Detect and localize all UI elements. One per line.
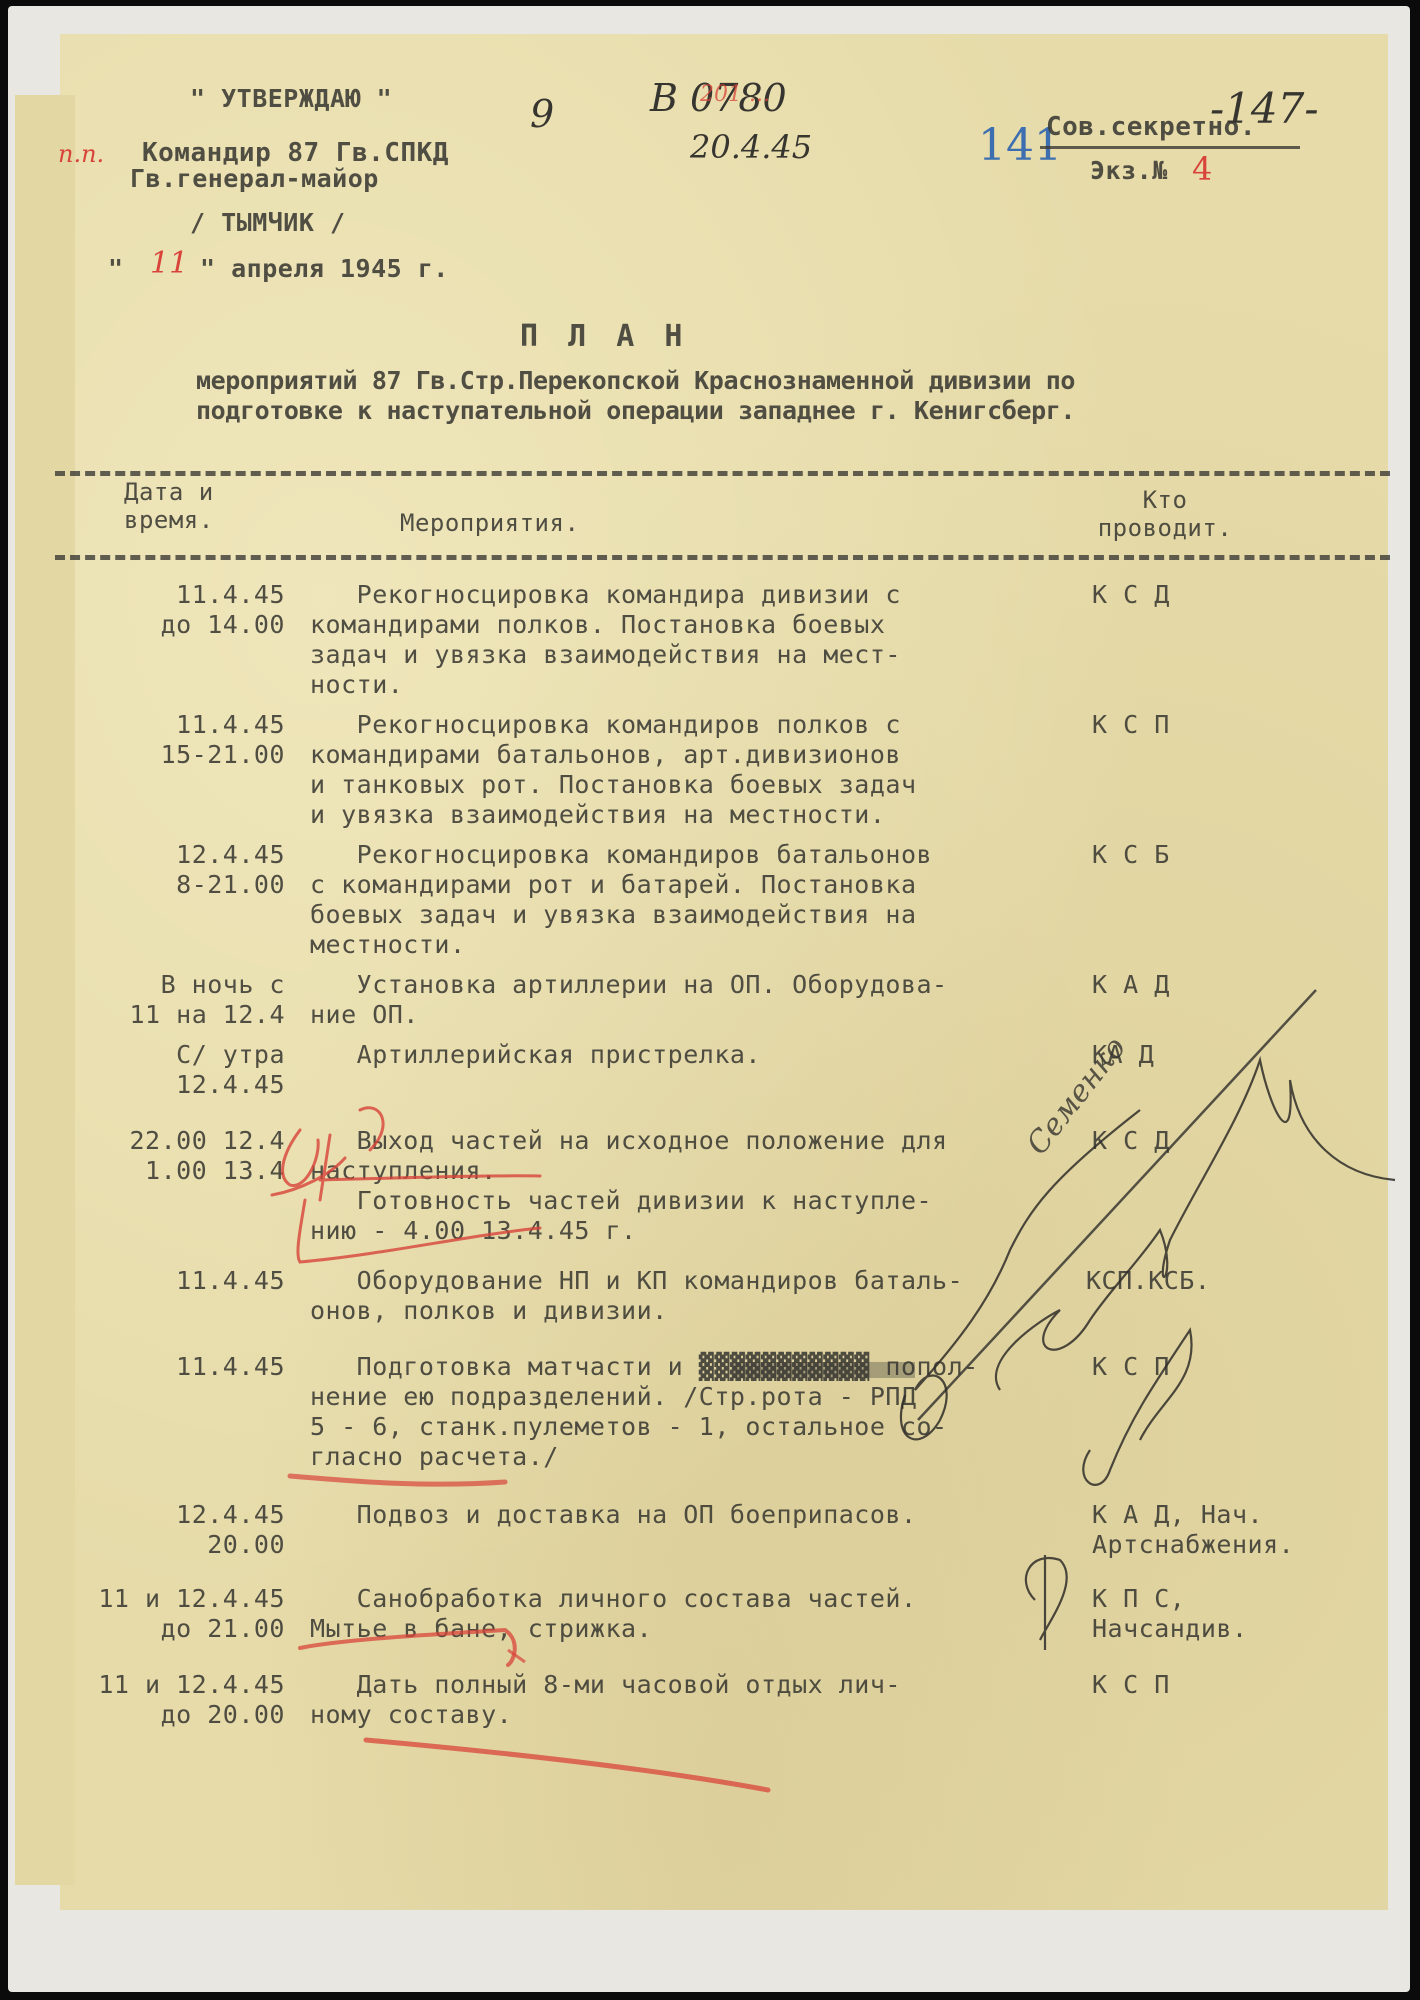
row-responsible: К С Д bbox=[1092, 580, 1352, 610]
header-divider-bottom bbox=[55, 555, 1390, 560]
row-responsible: К А Д, Нач.Артснабжения. bbox=[1092, 1500, 1352, 1560]
header-divider-top bbox=[55, 471, 1390, 476]
row-responsible: К С Д bbox=[1092, 1126, 1352, 1156]
approver-rank: Гв.генерал-майор bbox=[130, 164, 379, 194]
row-responsible: КСП.КСБ. bbox=[1086, 1266, 1346, 1296]
row-action: Артиллерийская пристрелка. bbox=[310, 1040, 1040, 1070]
row-action: Санобработка личного состава частей.Мыть… bbox=[310, 1584, 1040, 1644]
row-date: 11 и 12.4.45до 20.00 bbox=[70, 1670, 285, 1730]
column-date-header: Дата ивремя. bbox=[124, 478, 214, 534]
row-responsible: К С П bbox=[1092, 1670, 1352, 1700]
row-date: 11.4.45 bbox=[70, 1352, 285, 1382]
approve-date-open: " bbox=[108, 254, 124, 284]
approve-date-day: 11 bbox=[150, 246, 188, 281]
row-responsible: К А Д bbox=[1092, 970, 1352, 1000]
row-date: 11 и 12.4.45до 21.00 bbox=[70, 1584, 285, 1644]
copy-label: Экз.№ bbox=[1090, 156, 1168, 186]
row-date: 22.00 12.41.00 13.4 bbox=[70, 1126, 285, 1186]
row-responsible: КА Д bbox=[1092, 1040, 1352, 1070]
page-number: -147- bbox=[1210, 84, 1319, 133]
row-date: С/ утра12.4.45 bbox=[70, 1040, 285, 1100]
registration-struck: 201 ... bbox=[700, 82, 770, 107]
copy-number: 4 bbox=[1192, 150, 1212, 188]
row-date: 11.4.4515-21.00 bbox=[70, 710, 285, 770]
row-responsible: К С П bbox=[1092, 1352, 1352, 1382]
row-date: В ночь с11 на 12.4 bbox=[70, 970, 285, 1030]
row-date: 12.4.458-21.00 bbox=[70, 840, 285, 900]
document-subtitle-line1: мероприятий 87 Гв.Стр.Перекопской Красно… bbox=[196, 366, 1075, 396]
row-action: Оборудование НП и КП командиров баталь-о… bbox=[310, 1266, 1040, 1326]
document-subtitle-line2: подготовке к наступательной операции зап… bbox=[196, 396, 1075, 426]
row-action: Рекогносцировка командира дивизии скоман… bbox=[310, 580, 1040, 700]
row-action: Дать полный 8-ми часовой отдых лич-ному … bbox=[310, 1670, 1040, 1730]
row-responsible: К П С,Начсандив. bbox=[1092, 1584, 1352, 1644]
torn-edge bbox=[15, 95, 75, 1885]
row-responsible: К С Б bbox=[1092, 840, 1352, 870]
margin-initials: п.п. bbox=[58, 140, 104, 168]
row-action: Установка артиллерии на ОП. Оборудова-ни… bbox=[310, 970, 1040, 1030]
row-responsible: К С П bbox=[1092, 710, 1352, 740]
approver-name: / ТЫМЧИК / bbox=[190, 208, 346, 238]
row-action: Подвоз и доставка на ОП боеприпасов. bbox=[310, 1500, 1040, 1530]
document-heading: П Л А Н bbox=[520, 322, 688, 352]
approve-date-month-year: " апреля 1945 г. bbox=[200, 254, 449, 284]
secrecy-underline bbox=[1040, 146, 1300, 149]
row-date: 11.4.45до 14.00 bbox=[70, 580, 285, 640]
column-who-header: Ктопроводит. bbox=[1090, 486, 1240, 542]
handwritten-number: 9 bbox=[530, 92, 554, 136]
row-action: Выход частей на исходное положение дляна… bbox=[310, 1126, 1040, 1246]
row-action: Рекогносцировка командиров батальоновс к… bbox=[310, 840, 1040, 960]
row-action: Подготовка матчасти и ▓▓▓▓▓▓▓▓▓▓▓ попол-… bbox=[310, 1352, 1040, 1472]
column-action-header: Мероприятия. bbox=[400, 508, 579, 538]
row-action: Рекогносцировка командиров полков скоман… bbox=[310, 710, 1040, 830]
row-date: 12.4.4520.00 bbox=[70, 1500, 285, 1560]
row-date: 11.4.45 bbox=[70, 1266, 285, 1296]
approve-title: " УТВЕРЖДАЮ " bbox=[190, 84, 392, 114]
registration-date: 20.4.45 bbox=[690, 128, 812, 166]
